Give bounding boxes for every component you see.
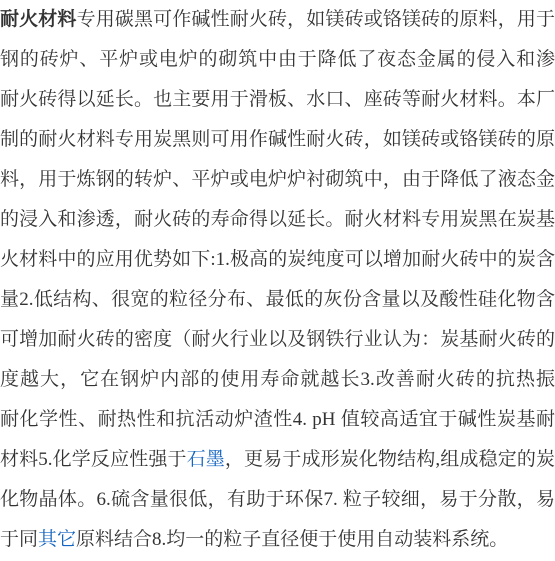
text-line-4: 制的耐火材料专用炭黑则可用作碱性耐火砖，如镁砖或铬镁砖的原材 [0, 120, 555, 160]
text-line-1: 耐火材料专用碳黑可作碱性耐火砖，如镁砖或铬镁砖的原料，用于炼 [0, 0, 555, 40]
text-line-5: 料，用于炼钢的转炉、平炉或电炉炉衬砌筑中，由于降低了液态金属 [0, 160, 555, 200]
text-segment: 制的耐火材料专用炭黑则可用作碱性耐火砖，如镁砖或铬镁砖的原材 [0, 129, 555, 160]
text-line-13: 化物晶体。6.硫含量很低，有助于环保7. 粒子较细，易于分散，易 [0, 480, 555, 520]
text-segment: 钢的砖炉、平炉或电炉的砌筑中由于降低了夜态金属的侵入和渗透， [0, 49, 555, 80]
text-line-6: 的浸入和渗透，耐火砖的寿命得以延长。耐火材料专用炭黑在炭基耐 [0, 200, 555, 240]
text-segment: 专用碳黑可作碱性耐火砖，如镁砖或铬镁砖的原料，用于炼 [0, 9, 555, 40]
graphite-link[interactable]: 石墨 [187, 449, 225, 470]
text-line-14: 于同其它原料结合8.均一的粒子直径便于使用自动装料系统。 [0, 520, 555, 560]
text-line-3: 耐火砖得以延长。也主要用于滑板、水口、座砖等耐火材料。本厂研 [0, 80, 555, 120]
text-segment: 度越大，它在钢炉内部的使用寿命就越长3.改善耐火砖的抗热振性、 [0, 369, 555, 400]
text-segment: 耐火砖得以延长。也主要用于滑板、水口、座砖等耐火材料。本厂研 [0, 89, 555, 120]
text-segment: 原料结合8.均一的粒子直径便于使用自动装料系统。 [76, 529, 508, 550]
text-segment: 火材料中的应用优势如下:1.极高的炭纯度可以增加耐火砖中的炭含 [0, 249, 555, 270]
article-text: 耐火材料专用碳黑可作碱性耐火砖，如镁砖或铬镁砖的原料，用于炼钢的砖炉、平炉或电炉… [0, 0, 555, 560]
text-segment: 材料5.化学反应性强于 [0, 449, 187, 470]
document-page: 耐火材料专用碳黑可作碱性耐火砖，如镁砖或铬镁砖的原料，用于炼钢的砖炉、平炉或电炉… [0, 0, 555, 561]
text-segment: 料，用于炼钢的转炉、平炉或电炉炉衬砌筑中，由于降低了液态金属 [0, 169, 555, 200]
text-line-8: 量2.低结构、很宽的粒径分布、最低的灰份含量以及酸性硅化物含量 [0, 280, 555, 320]
text-line-11: 耐化学性、耐热性和抗活动炉渣性4. pH 值较高适宜于碱性炭基耐火 [0, 400, 555, 440]
other-materials-link[interactable]: 其它 [38, 529, 76, 550]
text-line-10: 度越大，它在钢炉内部的使用寿命就越长3.改善耐火砖的抗热振性、 [0, 360, 555, 400]
text-segment: 耐化学性、耐热性和抗活动炉渣性4. pH 值较高适宜于碱性炭基耐火 [0, 409, 555, 440]
text-line-9: 可增加耐火砖的密度（耐火行业以及钢铁行业认为：炭基耐火砖的密 [0, 320, 555, 360]
text-segment: 可增加耐火砖的密度（耐火行业以及钢铁行业认为：炭基耐火砖的密 [0, 329, 555, 360]
text-segment: 于同 [0, 529, 38, 550]
text-segment: ，更易于成形炭化物结构,组成稳定的炭 [225, 449, 555, 470]
text-line-12: 材料5.化学反应性强于石墨，更易于成形炭化物结构,组成稳定的炭 [0, 440, 555, 480]
text-line-7: 火材料中的应用优势如下:1.极高的炭纯度可以增加耐火砖中的炭含 [0, 240, 555, 280]
text-segment: 的浸入和渗透，耐火砖的寿命得以延长。耐火材料专用炭黑在炭基耐 [0, 209, 555, 240]
text-segment: 量2.低结构、很宽的粒径分布、最低的灰份含量以及酸性硅化物含量 [0, 289, 555, 320]
bold-keyword: 耐火材料 [0, 9, 77, 30]
text-segment: 化物晶体。6.硫含量很低，有助于环保7. 粒子较细，易于分散，易 [0, 489, 555, 510]
text-line-2: 钢的砖炉、平炉或电炉的砌筑中由于降低了夜态金属的侵入和渗透， [0, 40, 555, 80]
